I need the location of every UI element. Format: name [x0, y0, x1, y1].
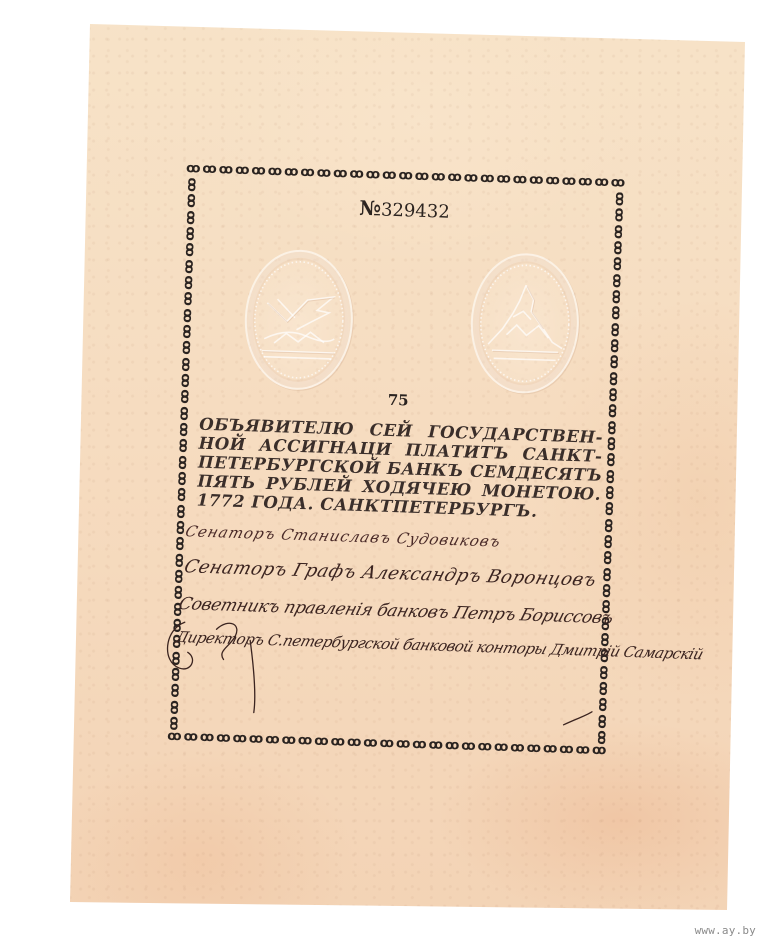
border-ornament-icon: ꝏ — [297, 734, 313, 750]
border-ornament-icon: ꝏ — [218, 163, 234, 179]
site-watermark: www.ay.by — [695, 924, 756, 937]
border-ornament-icon: ꝏ — [578, 175, 594, 191]
border-ornament-icon: ꝏ — [461, 739, 477, 755]
border-ornament-icon: ꝏ — [185, 162, 201, 178]
border-ornament-icon: ꝏ — [182, 259, 195, 274]
left-embossed-seal — [243, 248, 356, 392]
border-ornament-icon: ꝏ — [607, 354, 620, 369]
numero-sign: № — [359, 196, 382, 221]
border-ornament-icon: ꝏ — [444, 739, 460, 755]
border-ornament-icon: ꝏ — [596, 681, 609, 696]
border-ornament-icon: ꝏ — [606, 371, 619, 386]
printed-promise-text: ОБЪЯВИТЕЛЮ СЕЙ ГОСУДАРСТВЕН- НОЙ АССИГНА… — [196, 415, 603, 523]
border-ornament-icon: ꝏ — [202, 163, 218, 179]
border-ornament-icon: ꝏ — [199, 731, 215, 747]
border-ornament-icon: ꝏ — [174, 487, 187, 502]
border-ornament-icon: ꝏ — [234, 164, 250, 180]
border-ornament-icon: ꝏ — [251, 164, 267, 180]
border-ornament-icon: ꝏ — [174, 503, 187, 518]
border-ornament-icon: ꝏ — [602, 501, 615, 516]
border-ornament-icon: ꝏ — [168, 683, 181, 698]
right-embossed-seal — [469, 252, 582, 396]
border-ornament-icon: ꝏ — [610, 273, 623, 288]
border-ornament-icon: ꝏ — [180, 324, 193, 339]
border-ornament-icon: ꝏ — [430, 170, 446, 186]
border-ornament-icon: ꝏ — [365, 168, 381, 184]
border-ornament-icon: ꝏ — [604, 452, 617, 467]
border-ornament-icon: ꝏ — [332, 167, 348, 183]
border-ornament-icon: ꝏ — [608, 305, 621, 320]
border-ornament-icon: ꝏ — [601, 534, 614, 549]
border-ornament-icon: ꝏ — [281, 733, 297, 749]
border-ornament-icon: ꝏ — [167, 699, 180, 714]
border-ornament-icon: ꝏ — [330, 735, 346, 751]
border-ornament-icon: ꝏ — [496, 172, 512, 188]
border-ornament-icon: ꝏ — [412, 738, 428, 754]
banknote-frame: ꝏꝏꝏꝏꝏꝏꝏꝏꝏꝏꝏꝏꝏꝏꝏꝏꝏꝏꝏꝏꝏꝏꝏꝏꝏꝏꝏ ꝏꝏꝏꝏꝏꝏꝏꝏꝏꝏꝏꝏ… — [167, 162, 626, 760]
border-ornament-icon: ꝏ — [607, 338, 620, 353]
border-ornament-icon: ꝏ — [414, 170, 430, 186]
border-ornament-icon: ꝏ — [168, 667, 181, 682]
border-ornament-icon: ꝏ — [176, 422, 189, 437]
border-ornament-icon: ꝏ — [265, 733, 281, 749]
border-ornament-icon: ꝏ — [183, 226, 196, 241]
border-ornament-icon: ꝏ — [510, 741, 526, 757]
border-ornament-icon: ꝏ — [283, 165, 299, 181]
border-ornament-icon: ꝏ — [601, 518, 614, 533]
border-ornament-icon: ꝏ — [604, 436, 617, 451]
border-ornament-icon: ꝏ — [608, 322, 621, 337]
border-ornament-icon: ꝏ — [175, 471, 188, 486]
border-ornament-icon: ꝏ — [512, 173, 528, 189]
border-ornament-icon: ꝏ — [479, 172, 495, 188]
border-ornament-icon: ꝏ — [526, 742, 542, 758]
border-ornament-icon: ꝏ — [300, 166, 316, 182]
border-ornament-icon: ꝏ — [605, 420, 618, 435]
border-ornament-icon: ꝏ — [600, 550, 613, 565]
border-ornament-icon: ꝏ — [594, 730, 607, 745]
border-ornament-icon: ꝏ — [232, 732, 248, 748]
border-ornament-icon: ꝏ — [216, 731, 232, 747]
border-ornament-icon: ꝏ — [597, 664, 610, 679]
border-ornament-icon: ꝏ — [528, 173, 544, 189]
border-ornament-icon: ꝏ — [363, 736, 379, 752]
mountain-emblem-icon — [471, 254, 579, 393]
border-ornament-icon: ꝏ — [575, 743, 591, 759]
border-ornament-icon: ꝏ — [175, 454, 188, 469]
border-ornament-icon: ꝏ — [610, 176, 626, 192]
border-ornament-icon: ꝏ — [600, 567, 613, 582]
border-ornament-icon: ꝏ — [595, 697, 608, 712]
border-ornament-icon: ꝏ — [179, 340, 192, 355]
serial-digits: 329432 — [381, 199, 450, 222]
border-ornament-icon: ꝏ — [316, 166, 332, 182]
border-ornament-icon: ꝏ — [603, 469, 616, 484]
border-ornament-icon: ꝏ — [542, 742, 558, 758]
border-ornament-icon: ꝏ — [395, 737, 411, 753]
border-ornament-icon: ꝏ — [181, 291, 194, 306]
border-ornament-icon: ꝏ — [346, 736, 362, 752]
border-ornament-icon: ꝏ — [477, 740, 493, 756]
border-ornament-icon: ꝏ — [447, 171, 463, 187]
border-ornament-icon: ꝏ — [248, 732, 264, 748]
border-ornament-icon: ꝏ — [463, 171, 479, 187]
border-ornament-icon: ꝏ — [314, 735, 330, 751]
border-ornament-icon: ꝏ — [599, 583, 612, 598]
border-ornament-icon: ꝏ — [591, 744, 607, 760]
border-ornament-icon: ꝏ — [559, 743, 575, 759]
border-ornament-icon: ꝏ — [167, 716, 180, 731]
border-ornament-icon: ꝏ — [176, 438, 189, 453]
border-ornament-icon: ꝏ — [182, 242, 195, 257]
border-ornament-icon: ꝏ — [180, 308, 193, 323]
border-ornament-icon: ꝏ — [177, 405, 190, 420]
border-ornament-icon: ꝏ — [493, 741, 509, 757]
border-ornament-icon: ꝏ — [561, 174, 577, 190]
border-ornament-icon: ꝏ — [398, 169, 414, 185]
border-ornament-icon: ꝏ — [428, 738, 444, 754]
eagle-emblem-icon — [245, 250, 353, 389]
border-ornament-icon: ꝏ — [603, 485, 616, 500]
border-ornament-icon: ꝏ — [545, 174, 561, 190]
border-ornament-icon: ꝏ — [594, 176, 610, 192]
border-ornament-icon: ꝏ — [267, 165, 283, 181]
border-ornament-icon: ꝏ — [595, 713, 608, 728]
border-ornament-icon: ꝏ — [611, 240, 624, 255]
border-ornament-icon: ꝏ — [181, 275, 194, 290]
serial-number: №329432 — [184, 190, 625, 229]
border-ornament-icon: ꝏ — [610, 256, 623, 271]
border-ornament-icon: ꝏ — [381, 169, 397, 185]
border-ornament-icon: ꝏ — [183, 730, 199, 746]
handwritten-signatures: Сенаторъ Станиславъ Судовиковъ Сенаторъ … — [173, 522, 597, 676]
border-ornament-icon: ꝏ — [349, 167, 365, 183]
border-ornament-icon: ꝏ — [379, 737, 395, 753]
border-ornament-icon: ꝏ — [167, 730, 183, 746]
border-ornament-icon: ꝏ — [179, 356, 192, 371]
border-ornament-icon: ꝏ — [609, 289, 622, 304]
